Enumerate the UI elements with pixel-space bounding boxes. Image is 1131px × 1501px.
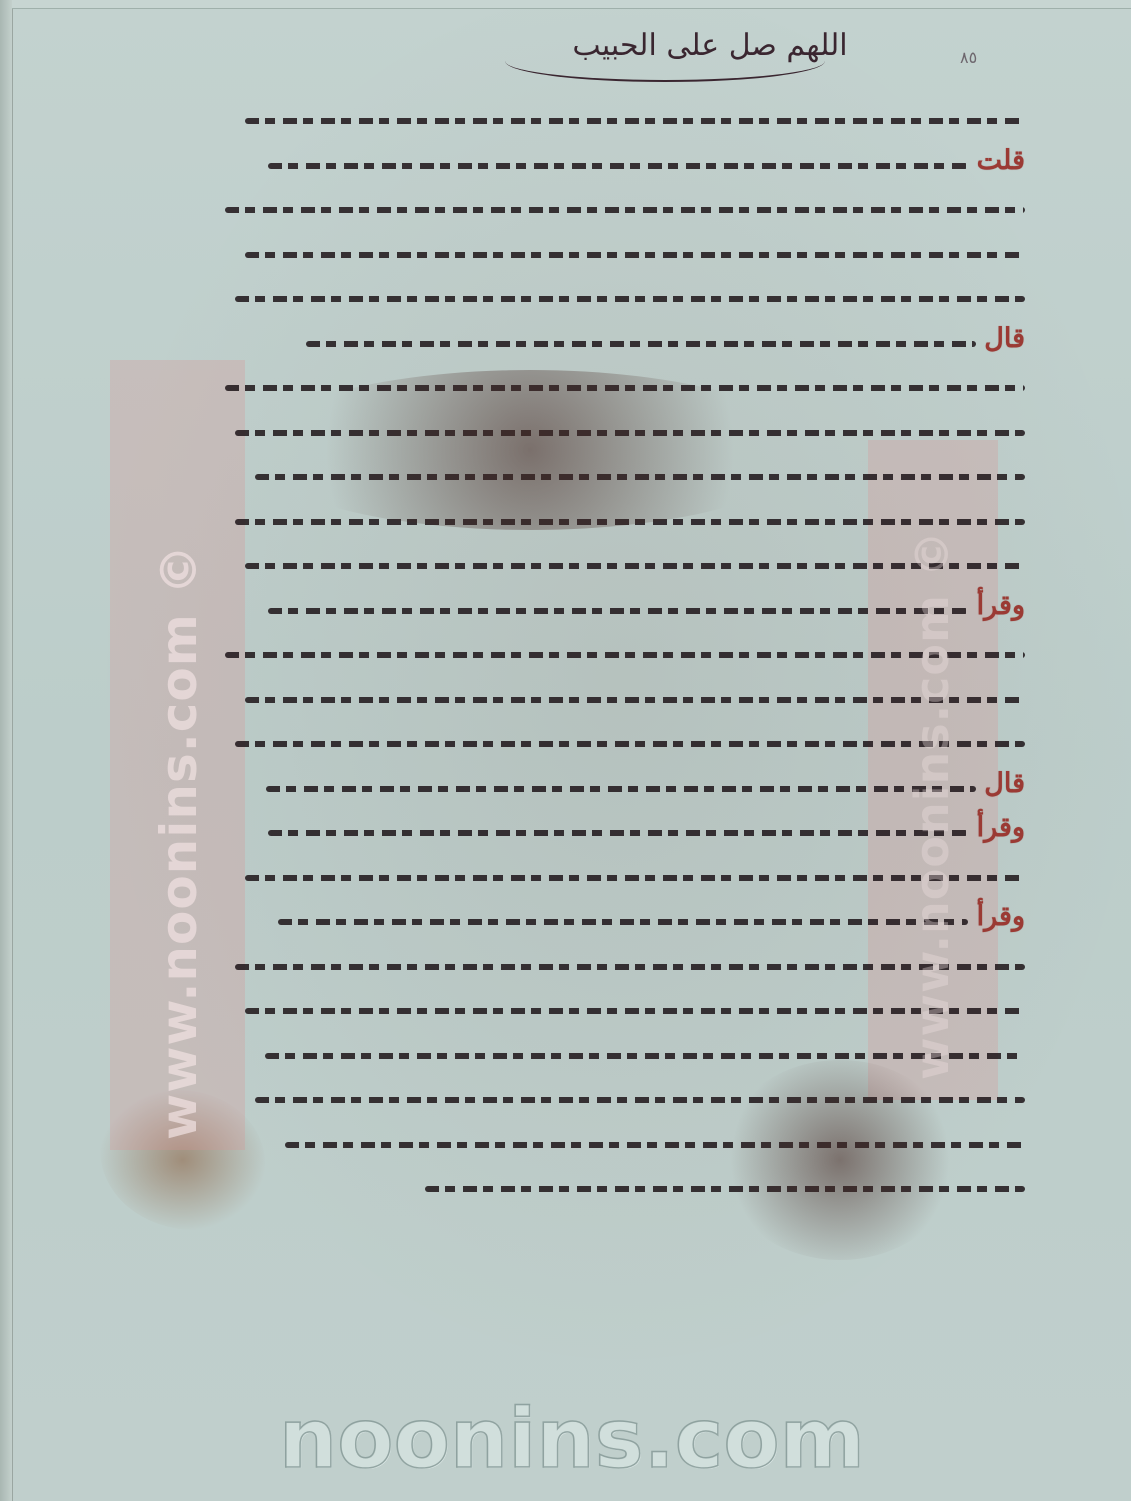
- illegible-text-run: [266, 786, 976, 792]
- illegible-text-run: [245, 118, 1025, 124]
- ink-bleed-stain: [250, 370, 810, 530]
- header-swash: [505, 40, 825, 82]
- rubric-marker: قال: [984, 323, 1025, 354]
- rubric-marker: قال: [984, 768, 1025, 799]
- rubric-marker: قلت: [977, 145, 1025, 176]
- folio-number: ٨٥: [960, 48, 977, 67]
- watermark-right: www.noonins.com ©: [905, 530, 959, 1080]
- illegible-text-run: [268, 830, 968, 836]
- illegible-text-run: [225, 207, 1025, 213]
- illegible-text-run: [306, 341, 976, 347]
- manuscript-line: [225, 96, 1025, 136]
- manuscript-page: ٨٥ اللهم صل على الحبيب قلت قال وقرأ قال …: [0, 0, 1131, 1501]
- manuscript-line: قال: [225, 319, 1025, 359]
- rubric-marker: وقرأ: [977, 812, 1025, 843]
- watermark-bottom: noonins.com: [262, 1395, 882, 1485]
- ink-blot: [720, 1060, 960, 1260]
- manuscript-line: [225, 274, 1025, 314]
- illegible-text-run: [278, 919, 968, 925]
- rubric-marker: وقرأ: [977, 590, 1025, 621]
- manuscript-line: [225, 185, 1025, 225]
- illegible-text-run: [245, 252, 1025, 258]
- manuscript-line: قلت: [225, 141, 1025, 181]
- manuscript-line: [225, 230, 1025, 270]
- rubric-marker: وقرأ: [977, 901, 1025, 932]
- illegible-text-run: [268, 608, 968, 614]
- illegible-text-run: [235, 296, 1025, 302]
- previous-leaf-edge: [0, 0, 13, 1501]
- illegible-text-run: [268, 163, 968, 169]
- page-top-fold: [12, 0, 1131, 9]
- watermark-left: www.noonins.com ©: [150, 544, 208, 1140]
